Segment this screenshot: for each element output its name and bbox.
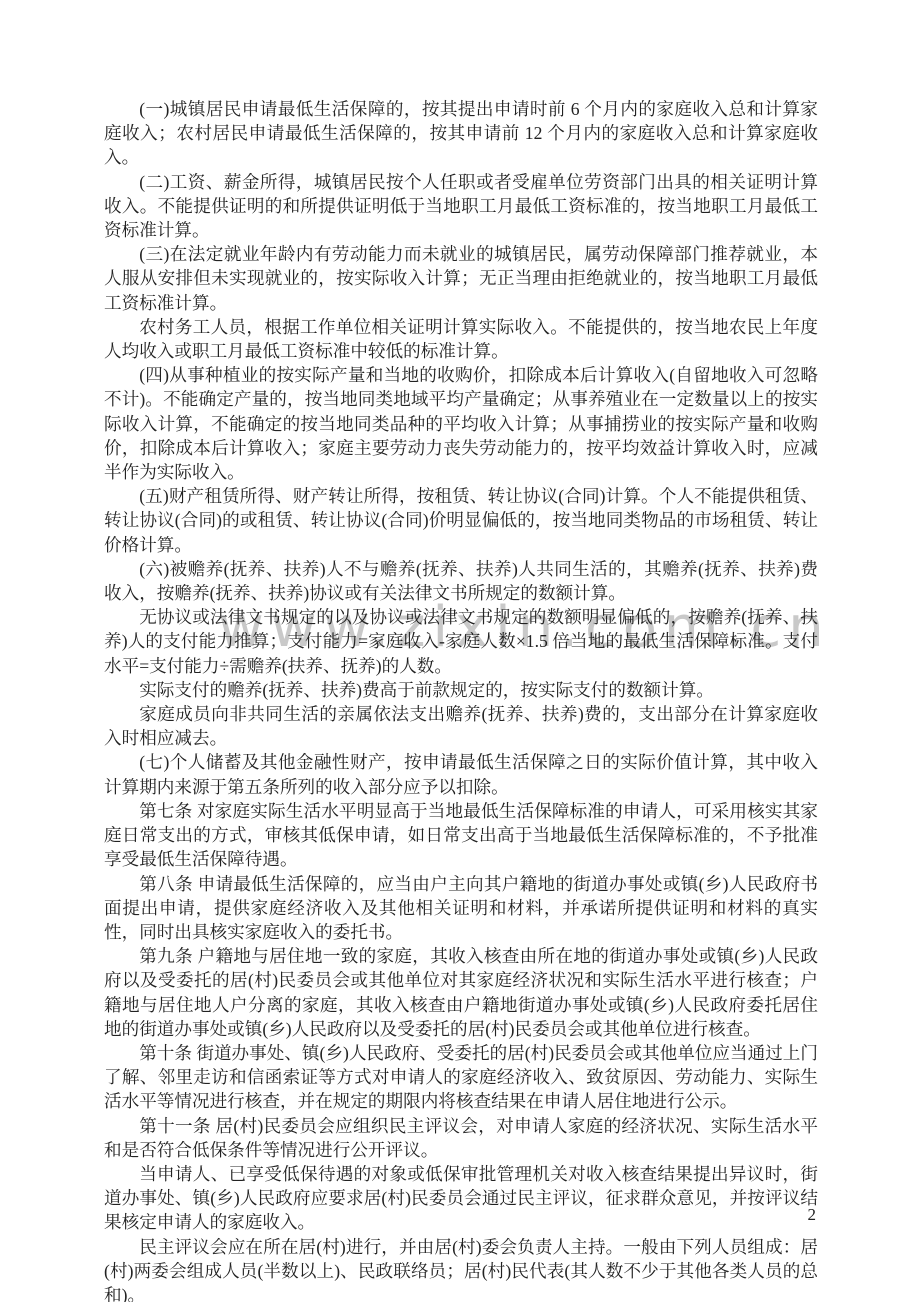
paragraph-item-9: 实际支付的赡养(抚养、扶养)费高于前款规定的，按实际支付的数额计算。	[104, 678, 818, 702]
paragraph-item-2: (二)工资、薪金所得，城镇居民按个人任职或者受雇单位劳资部门出具的相关证明计算收…	[104, 170, 818, 243]
document-body: (一)城镇居民申请最低生活保障的，按其提出申请时前 6 个月内的家庭收入总和计算…	[104, 97, 818, 1302]
page-number: 2	[808, 1205, 817, 1225]
paragraph-item-7: (六)被赡养(抚养、扶养)人不与赡养(抚养、扶养)人共同生活的，其赡养(抚养、扶…	[104, 557, 818, 605]
paragraph-item-1: (一)城镇居民申请最低生活保障的，按其提出申请时前 6 个月内的家庭收入总和计算…	[104, 97, 818, 170]
paragraph-item-4: 农村务工人员，根据工作单位相关证明计算实际收入。不能提供的，按当地农民上年度人均…	[104, 315, 818, 363]
paragraph-item-17: 当申请人、已享受低保待遇的对象或低保审批管理机关对收入核查结果提出异议时，街道办…	[104, 1162, 818, 1235]
paragraph-item-13: 第八条 申请最低生活保障的，应当由户主向其户籍地的街道办事处或镇(乡)人民政府书…	[104, 872, 818, 945]
paragraph-item-16: 第十一条 居(村)民委员会应组织民主评议会，对申请人家庭的经济状况、实际生活水平…	[104, 1114, 818, 1162]
paragraph-item-11: (七)个人储蓄及其他金融性财产，按申请最低生活保障之日的实际价值计算，其中收入计…	[104, 750, 818, 798]
paragraph-item-18: 民主评议会应在所在居(村)进行，并由居(村)委会负责人主持。一般由下列人员组成：…	[104, 1235, 818, 1302]
paragraph-item-10: 家庭成员向非共同生活的亲属依法支出赡养(抚养、扶养)费的，支出部分在计算家庭收入…	[104, 702, 818, 750]
paragraph-item-14: 第九条 户籍地与居住地一致的家庭，其收入核查由所在地的街道办事处或镇(乡)人民政…	[104, 944, 818, 1041]
paragraph-item-12: 第七条 对家庭实际生活水平明显高于当地最低生活保障标准的申请人，可采用核实其家庭…	[104, 799, 818, 872]
document-page: www.zixin.com.cn (一)城镇居民申请最低生活保障的，按其提出申请…	[0, 0, 920, 1302]
paragraph-item-3: (三)在法定就业年龄内有劳动能力而未就业的城镇居民，属劳动保障部门推荐就业，本人…	[104, 242, 818, 315]
paragraph-item-8: 无协议或法律文书规定的以及协议或法律文书规定的数额明显偏低的，按赡养(抚养、扶养…	[104, 605, 818, 678]
paragraph-item-6: (五)财产租赁所得、财产转让所得，按租赁、转让协议(合同)计算。个人不能提供租赁…	[104, 484, 818, 557]
paragraph-item-5: (四)从事种植业的按实际产量和当地的收购价，扣除成本后计算收入(自留地收入可忽略…	[104, 363, 818, 484]
paragraph-item-15: 第十条 街道办事处、镇(乡)人民政府、受委托的居(村)民委员会或其他单位应当通过…	[104, 1041, 818, 1114]
